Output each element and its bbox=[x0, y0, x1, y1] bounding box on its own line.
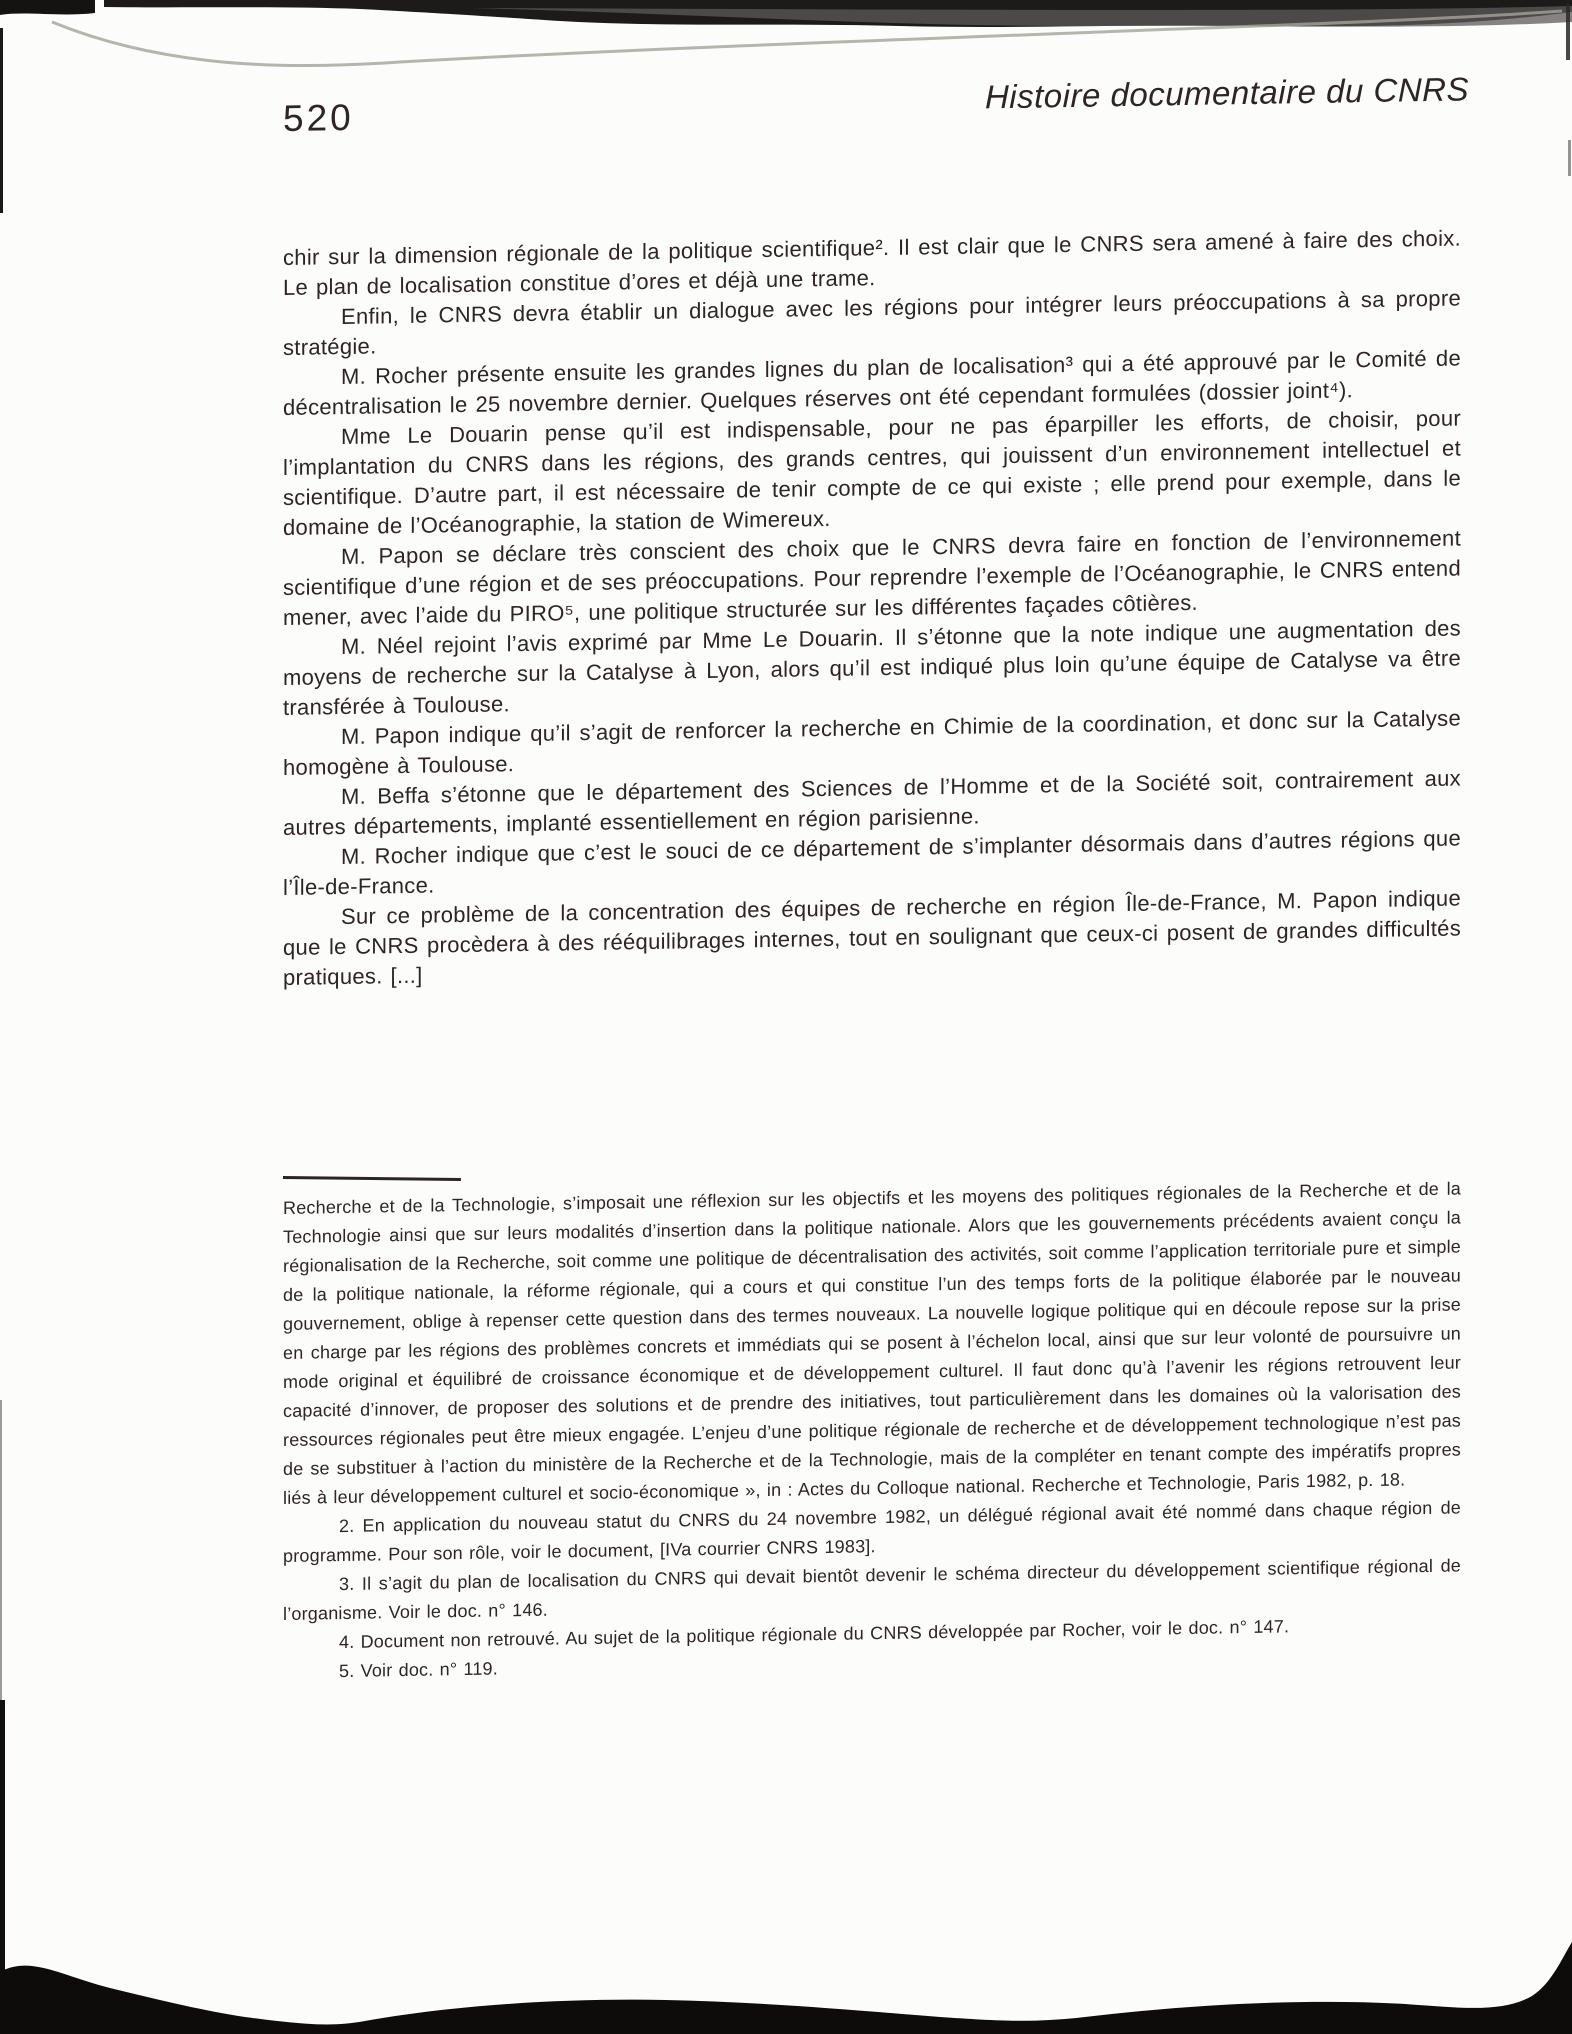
scan-left-edge-top bbox=[0, 28, 3, 213]
page-number: 520 bbox=[283, 97, 354, 140]
scan-bottom-band bbox=[0, 1942, 1572, 2034]
footnotes: Recherche et de la Technologie, s’imposa… bbox=[283, 1174, 1461, 1687]
scan-top-band bbox=[104, 0, 1572, 27]
scan-left-edge-faint bbox=[0, 1400, 2, 1720]
body-text: chir sur la dimension régionale de la po… bbox=[283, 223, 1461, 993]
footnote-separator-rule bbox=[283, 1176, 461, 1181]
running-title: Histoire documentaire du CNRS bbox=[985, 70, 1469, 116]
scanned-book-page: 520 Histoire documentaire du CNRS chir s… bbox=[0, 0, 1572, 2034]
scan-top-band-gray bbox=[470, 6, 1572, 27]
body-paragraph: Mme Le Douarin pense qu’il est indispens… bbox=[283, 403, 1461, 543]
scan-page-edge-curve bbox=[52, 11, 1562, 66]
scan-right-edge-tick2 bbox=[1568, 140, 1571, 176]
footnote-continuation: Recherche et de la Technologie, s’imposa… bbox=[283, 1174, 1461, 1513]
scan-right-edge-tick bbox=[1566, 4, 1570, 60]
body-paragraph: Sur ce problème de la concentration des … bbox=[283, 883, 1461, 993]
scan-left-edge-bottom bbox=[0, 1700, 5, 2000]
page-header: 520 Histoire documentaire du CNRS bbox=[283, 76, 1461, 140]
scan-top-left-edge bbox=[0, 0, 95, 15]
